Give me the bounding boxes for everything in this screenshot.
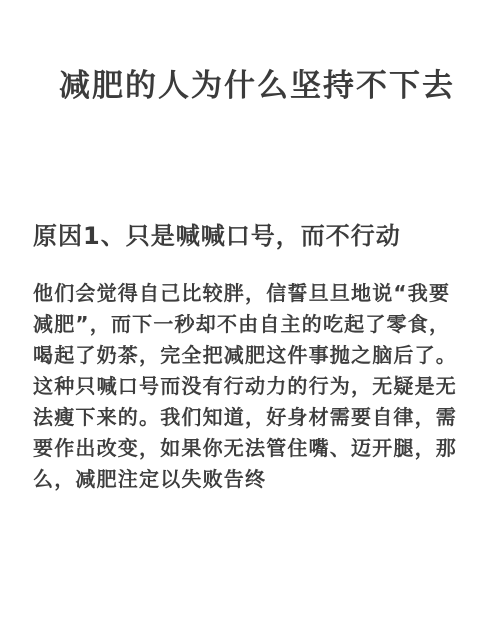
article-page: 减肥的人为什么坚持不下去 原因1、只是喊喊口号，而不行动 他们会觉得自己比较胖，… xyxy=(0,0,500,625)
body-line: 要作出改变，如果你无法管住嘴、迈开腿，那 xyxy=(33,433,473,464)
body-line: 么，减肥注定以失败告终 xyxy=(33,464,473,495)
body-line: 喝起了奶茶，完全把减肥这件事抛之脑后了。 xyxy=(33,340,473,371)
body-line: 他们会觉得自己比较胖，信誓旦旦地说“我要 xyxy=(33,278,473,309)
body-line: 减肥”，而下一秒却不由自主的吃起了零食， xyxy=(33,309,473,340)
section-body: 他们会觉得自己比较胖，信誓旦旦地说“我要 减肥”，而下一秒却不由自主的吃起了零食… xyxy=(33,278,473,495)
section-heading: 原因1、只是喊喊口号，而不行动 xyxy=(33,218,401,254)
body-line: 法瘦下来的。我们知道，好身材需要自律，需 xyxy=(33,402,473,433)
body-line: 这种只喊口号而没有行动力的行为，无疑是无 xyxy=(33,371,473,402)
article-title: 减肥的人为什么坚持不下去 xyxy=(0,65,500,107)
